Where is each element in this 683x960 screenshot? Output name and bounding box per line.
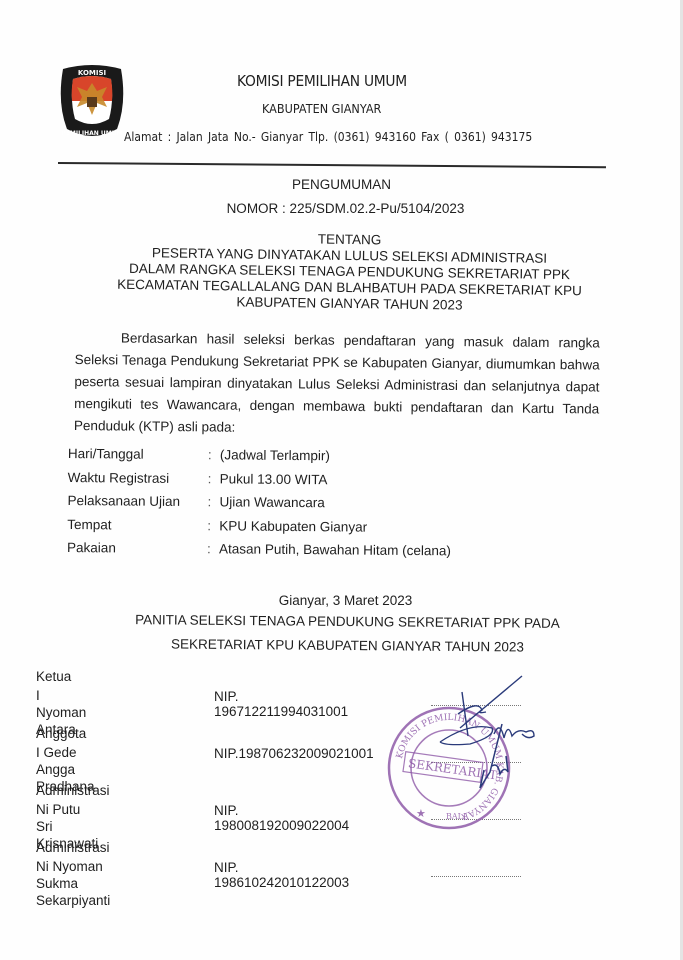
svg-text:★: ★ (416, 807, 426, 820)
regency-name: KABUPATEN GIANYAR (262, 101, 381, 116)
detail-colon: : (208, 447, 220, 462)
detail-value: Pukul 13.00 WITA (220, 471, 328, 487)
detail-colon: : (207, 541, 219, 556)
place-date: Gianyar, 3 Maret 2023 (4, 593, 683, 608)
signatory-nip: NIP. 198610242010122003 (214, 860, 349, 890)
signatory-nip: NIP. 196712211994031001 (214, 689, 348, 719)
signatory-role: Anggota (36, 726, 86, 741)
signatory-name: Ni Nyoman Sukma Sekarpiyanti (36, 858, 110, 909)
detail-row: Tempat : KPU Kabupaten Gianyar (67, 512, 451, 539)
detail-value: Atasan Putih, Bawahan Hitam (celana) (219, 542, 451, 559)
signatory-role: Ketua (36, 669, 71, 684)
signatory-role: Administrasi (36, 840, 110, 855)
schedule-details: Hari/Tanggal : (Jadwal Terlampir) Waktu … (67, 442, 452, 563)
detail-row: Pelaksanaan Ujian : Ujian Wawancara (67, 489, 451, 516)
announcement-number: NOMOR : 225/SDM.02.2-Pu/5104/2023 (4, 201, 683, 216)
svg-text:KOMISI: KOMISI (78, 69, 106, 77)
signatory-name-line: Sekarpiyanti (36, 892, 110, 909)
announcement-subject: TENTANG PESERTA YANG DINYATAKAN LULUS SE… (8, 232, 683, 312)
signatory-role: Administrasi (36, 783, 110, 798)
detail-value: (Jadwal Terlampir) (220, 448, 330, 464)
detail-colon: : (207, 518, 219, 533)
signatory-nip: NIP.198706232009021001 (214, 746, 374, 761)
detail-row: Waktu Registrasi : Pukul 13.00 WITA (68, 465, 452, 492)
detail-label: Tempat (67, 517, 207, 533)
handwritten-signature-icon (430, 670, 540, 800)
committee-line: SEKRETARIAT KPU KABUPATEN GIANYAR TAHUN … (6, 635, 683, 656)
letterhead-divider (58, 162, 606, 168)
detail-label: Waktu Registrasi (68, 470, 208, 486)
signatory-name-line: Ni Nyoman Sukma (36, 858, 110, 892)
organization-name: KOMISI PEMILIHAN UMUM (237, 72, 407, 90)
detail-value: KPU Kabupaten Gianyar (219, 518, 367, 534)
detail-value: Ujian Wawancara (219, 495, 324, 511)
signature-line (431, 876, 521, 877)
committee-line: PANITIA SELEKSI TENAGA PENDUKUNG SEKRETA… (6, 611, 683, 632)
svg-text:BALI: BALI (446, 812, 466, 821)
detail-label: Hari/Tanggal (68, 446, 208, 462)
svg-text:PEMILIHAN UMUM: PEMILIHAN UMUM (61, 130, 122, 137)
detail-colon: : (208, 471, 220, 486)
body-paragraph: Berdasarkan hasil seleksi berkas pendaft… (74, 327, 600, 442)
signatory-nip: NIP. 198008192009022004 (214, 803, 349, 833)
kpu-logo-icon: KOMISI PEMILIHAN UMUM (57, 63, 127, 141)
detail-row: Hari/Tanggal : (Jadwal Terlampir) (68, 442, 452, 469)
detail-label: Pakaian (67, 540, 207, 556)
detail-row: Pakaian : Atasan Putih, Bawahan Hitam (c… (67, 536, 451, 563)
detail-label: Pelaksanaan Ujian (67, 493, 207, 509)
address-line: Alamat : Jalan Jata No.- Gianyar Tlp. (0… (124, 130, 532, 144)
announcement-heading: PENGUMUMAN (0, 177, 683, 192)
detail-colon: : (207, 494, 219, 509)
